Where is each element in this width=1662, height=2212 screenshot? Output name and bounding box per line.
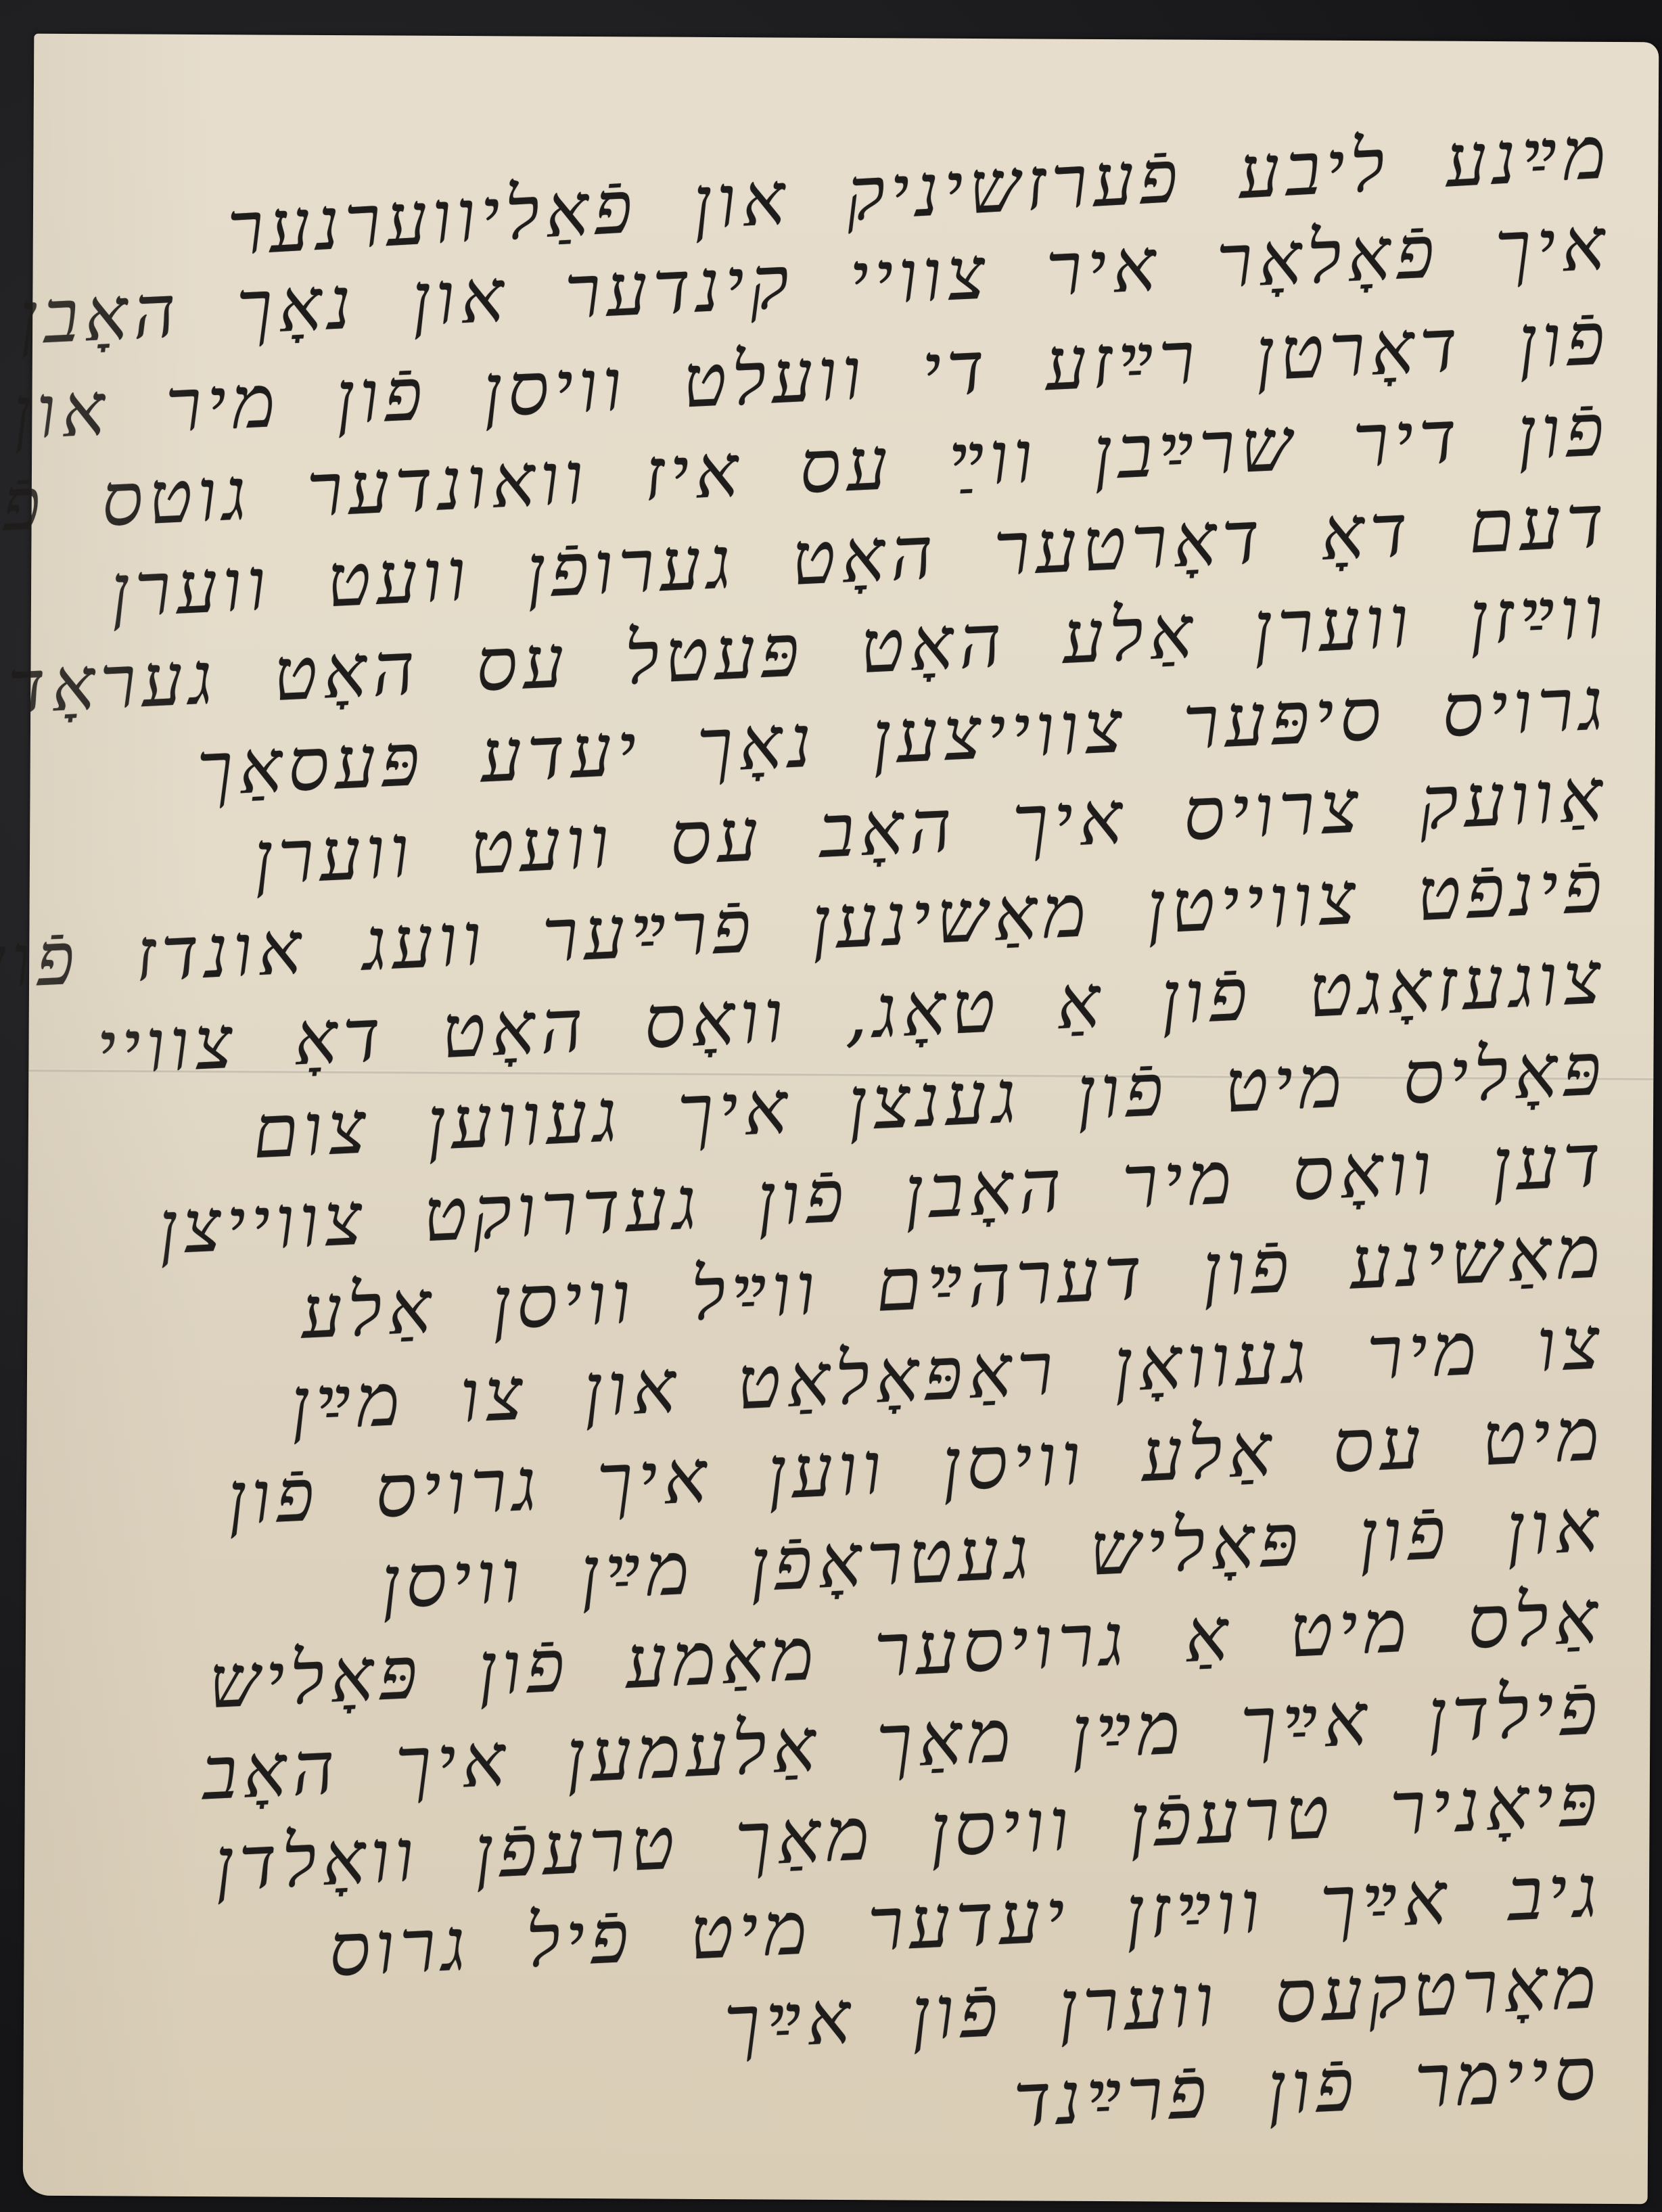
letter-line: סיימר פֿון פֿרײַנד [1012,2037,1602,2138]
letter-paper: מײַנע ליבע פֿערזשיניק און פֿאַליווערנער … [23,34,1659,2205]
